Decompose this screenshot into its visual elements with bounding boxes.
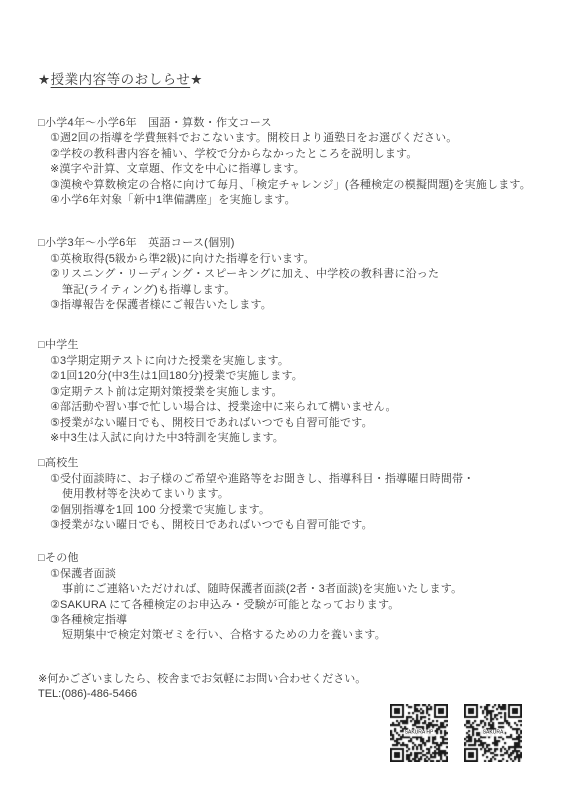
section: □小学4年～小学6年 国語・算数・作文コース①週2回の指導を学費無料でおこないま… bbox=[38, 116, 567, 208]
section-line: ※漢字や計算、文章題、作文を中心に指導します。 bbox=[38, 162, 567, 177]
section-line: ③各種検定指導 bbox=[38, 613, 567, 628]
section-line: 事前にご連絡いただければ、随時保護者面談(2者・3者面談)を実施いたします。 bbox=[38, 582, 567, 597]
section-heading: □中学生 bbox=[38, 338, 567, 353]
section-line: ②リスニング・リーディング・スピーキングに加え、中学校の教科書に沿った bbox=[38, 267, 567, 282]
footer: ※何かございましたら、校舎までお気軽にお問い合わせください。 TEL:(086)… bbox=[38, 672, 567, 703]
section: □高校生①受付面談時に、お子様のご希望や進路等をお聞きし、指導科目・指導曜日時間… bbox=[38, 456, 567, 533]
section-line: ②学校の教科書内容を補い、学校で分からなかったところを説明します。 bbox=[38, 147, 567, 162]
section-line: ①週2回の指導を学費無料でおこないます。開校日より通塾日をお選びください。 bbox=[38, 131, 567, 146]
section-heading: □高校生 bbox=[38, 456, 567, 471]
footer-note: ※何かございましたら、校舎までお気軽にお問い合わせください。 bbox=[38, 672, 567, 687]
qr-code-sakura-hp: SAKURA HP bbox=[390, 704, 448, 762]
section-line: ②個別指導を1回 100 分授業で実施します。 bbox=[38, 503, 567, 518]
qr-code-sakura: SAKURA bbox=[464, 704, 522, 762]
section-line: ①3学期定期テストに向けた授業を実施します。 bbox=[38, 354, 567, 369]
footer-tel: TEL:(086)-486-5466 bbox=[38, 687, 567, 702]
section-line: 使用教材等を決めてまいります。 bbox=[38, 487, 567, 502]
section-line: 筆記(ライティング)も指導します。 bbox=[38, 283, 567, 298]
notice-page: ★授業内容等のおしらせ★ □小学4年～小学6年 国語・算数・作文コース①週2回の… bbox=[0, 0, 567, 800]
title-text: 授業内容等のおしらせ bbox=[51, 72, 191, 87]
section-line: ④部活動や習い事で忙しい場合は、授業途中に来られて構いません。 bbox=[38, 400, 567, 415]
title-star-left: ★ bbox=[38, 72, 51, 87]
section-line: ③指導報告を保護者様にご報告いたします。 bbox=[38, 298, 567, 313]
section-line: ③漢検や算数検定の合格に向けて毎月、「検定チャレンジ」(各種検定の模擬問題)を実… bbox=[38, 178, 567, 193]
page-title: ★授業内容等のおしらせ★ bbox=[38, 70, 567, 89]
sections: □小学4年～小学6年 国語・算数・作文コース①週2回の指導を学費無料でおこないま… bbox=[38, 116, 567, 644]
section-heading: □小学3年～小学6年 英語コース(個別) bbox=[38, 236, 567, 251]
section: □小学3年～小学6年 英語コース(個別)①英検取得(5級から準2級)に向けた指導… bbox=[38, 236, 567, 313]
section-line: ①保護者面談 bbox=[38, 567, 567, 582]
section-line: ①受付面談時に、お子様のご希望や進路等をお聞きし、指導科目・指導曜日時間帯・ bbox=[38, 472, 567, 487]
title-star-right: ★ bbox=[190, 72, 203, 87]
section: □中学生①3学期定期テストに向けた授業を実施します。②1回120分(中3生は1回… bbox=[38, 338, 567, 446]
section-line: 短期集中で検定対策ゼミを行い、合格するための力を養います。 bbox=[38, 628, 567, 643]
section-line: ②SAKURA にて各種検定のお申込み・受験が可能となっております。 bbox=[38, 598, 567, 613]
qr-label: SAKURA HP bbox=[404, 730, 435, 737]
section-line: ⑤授業がない曜日でも、開校日であればいつでも自習可能です。 bbox=[38, 416, 567, 431]
section-line: ③授業がない曜日でも、開校日であればいつでも自習可能です。 bbox=[38, 518, 567, 533]
section-line: ②1回120分(中3生は1回180分)授業で実施します。 bbox=[38, 369, 567, 384]
qr-row: SAKURA HP SAKURA bbox=[390, 704, 522, 762]
section-line: ④小学6年対象「新中1準備講座」を実施します。 bbox=[38, 193, 567, 208]
section: □その他①保護者面談事前にご連絡いただければ、随時保護者面談(2者・3者面談)を… bbox=[38, 551, 567, 643]
section-line: ※中3生は入試に向けた中3特訓を実施します。 bbox=[38, 431, 567, 446]
section-heading: □小学4年～小学6年 国語・算数・作文コース bbox=[38, 116, 567, 131]
section-line: ③定期テスト前は定期対策授業を実施します。 bbox=[38, 385, 567, 400]
qr-label: SAKURA bbox=[482, 730, 505, 737]
section-heading: □その他 bbox=[38, 551, 567, 566]
section-line: ①英検取得(5級から準2級)に向けた指導を行います。 bbox=[38, 252, 567, 267]
